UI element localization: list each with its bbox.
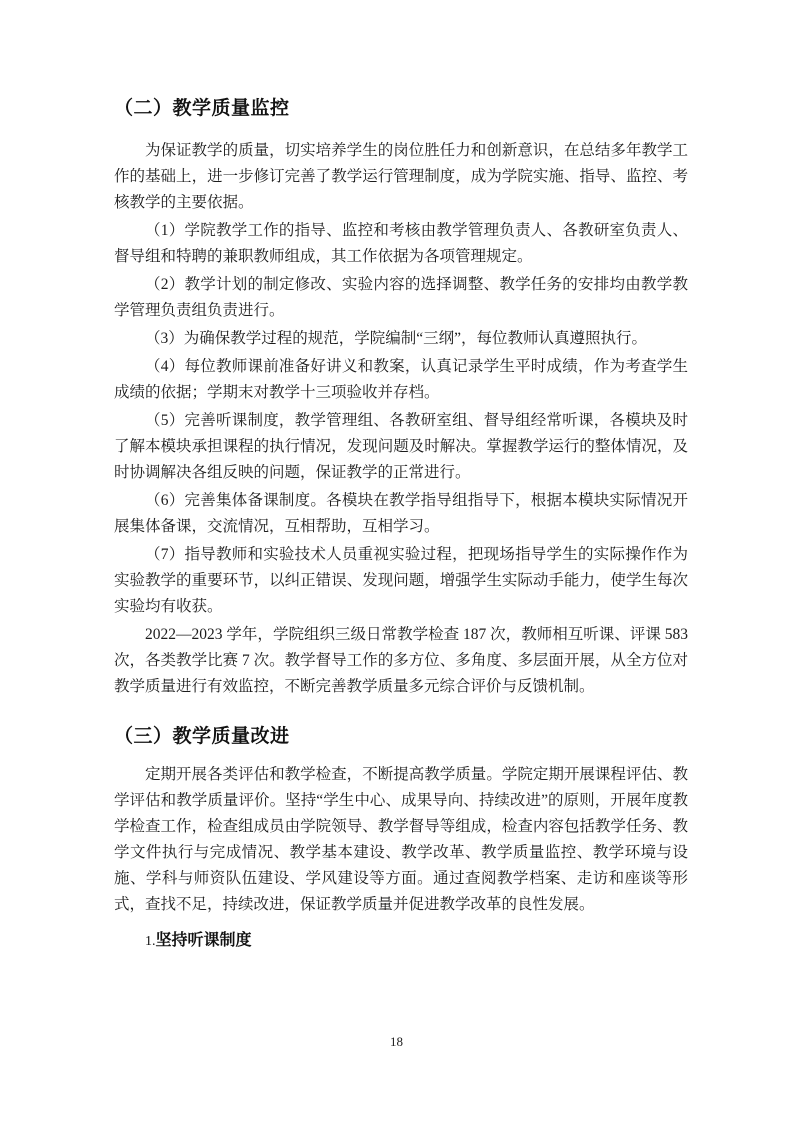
paragraph-intro: 为保证教学的质量，切实培养学生的岗位胜任力和创新意识，在总结多年教学工作的基础上…: [114, 138, 688, 216]
paragraph-item-3: （3）为确保教学过程的规范，学院编制“三纲”，每位教师认真遵照执行。: [114, 326, 688, 352]
paragraph-improvement: 定期开展各类评估和教学检查，不断提高教学质量。学院定期开展课程评估、教学评估和教…: [114, 762, 688, 918]
document-page: （二）教学质量监控 为保证教学的质量，切实培养学生的岗位胜任力和创新意识，在总结…: [0, 0, 793, 1122]
paragraph-item-6: （6）完善集体备课制度。各模块在教学指导组指导下，根据本模块实际情况开展集体备课…: [114, 488, 688, 540]
page-content: （二）教学质量监控 为保证教学的质量，切实培养学生的岗位胜任力和创新意识，在总结…: [114, 96, 688, 953]
paragraph-item-2: （2）教学计划的制定修改、实验内容的选择调整、教学任务的安排均由教学教学管理负责…: [114, 272, 688, 324]
section-teaching-quality-improvement: （三）教学质量改进 定期开展各类评估和教学检查，不断提高教学质量。学院定期开展课…: [114, 724, 688, 953]
paragraph-item-1: （1）学院教学工作的指导、监控和考核由教学管理负责人、各教研室负责人、督导组和特…: [114, 218, 688, 270]
subsection-title: 坚持听课制度: [156, 932, 252, 949]
subsection-heading-lecture-observation: 1.坚持听课制度: [145, 930, 688, 953]
paragraph-statistics: 2022—2023 学年，学院组织三级日常教学检查 187 次，教师相互听课、评…: [114, 622, 688, 700]
section-heading-monitoring: （二）教学质量监控: [114, 96, 688, 122]
subsection-number: 1.: [145, 934, 156, 949]
paragraph-item-5: （5）完善听课制度，教学管理组、各教研室组、督导组经常听课，各模块及时了解本模块…: [114, 408, 688, 486]
section-teaching-quality-monitoring: （二）教学质量监控 为保证教学的质量，切实培养学生的岗位胜任力和创新意识，在总结…: [114, 96, 688, 700]
section-heading-improvement: （三）教学质量改进: [114, 724, 688, 750]
page-number: 18: [0, 1034, 793, 1050]
paragraph-item-7: （7）指导教师和实验技术人员重视实验过程，把现场指导学生的实际操作作为实验教学的…: [114, 542, 688, 620]
paragraph-item-4: （4）每位教师课前准备好讲义和教案，认真记录学生平时成绩，作为考查学生成绩的依据…: [114, 354, 688, 406]
